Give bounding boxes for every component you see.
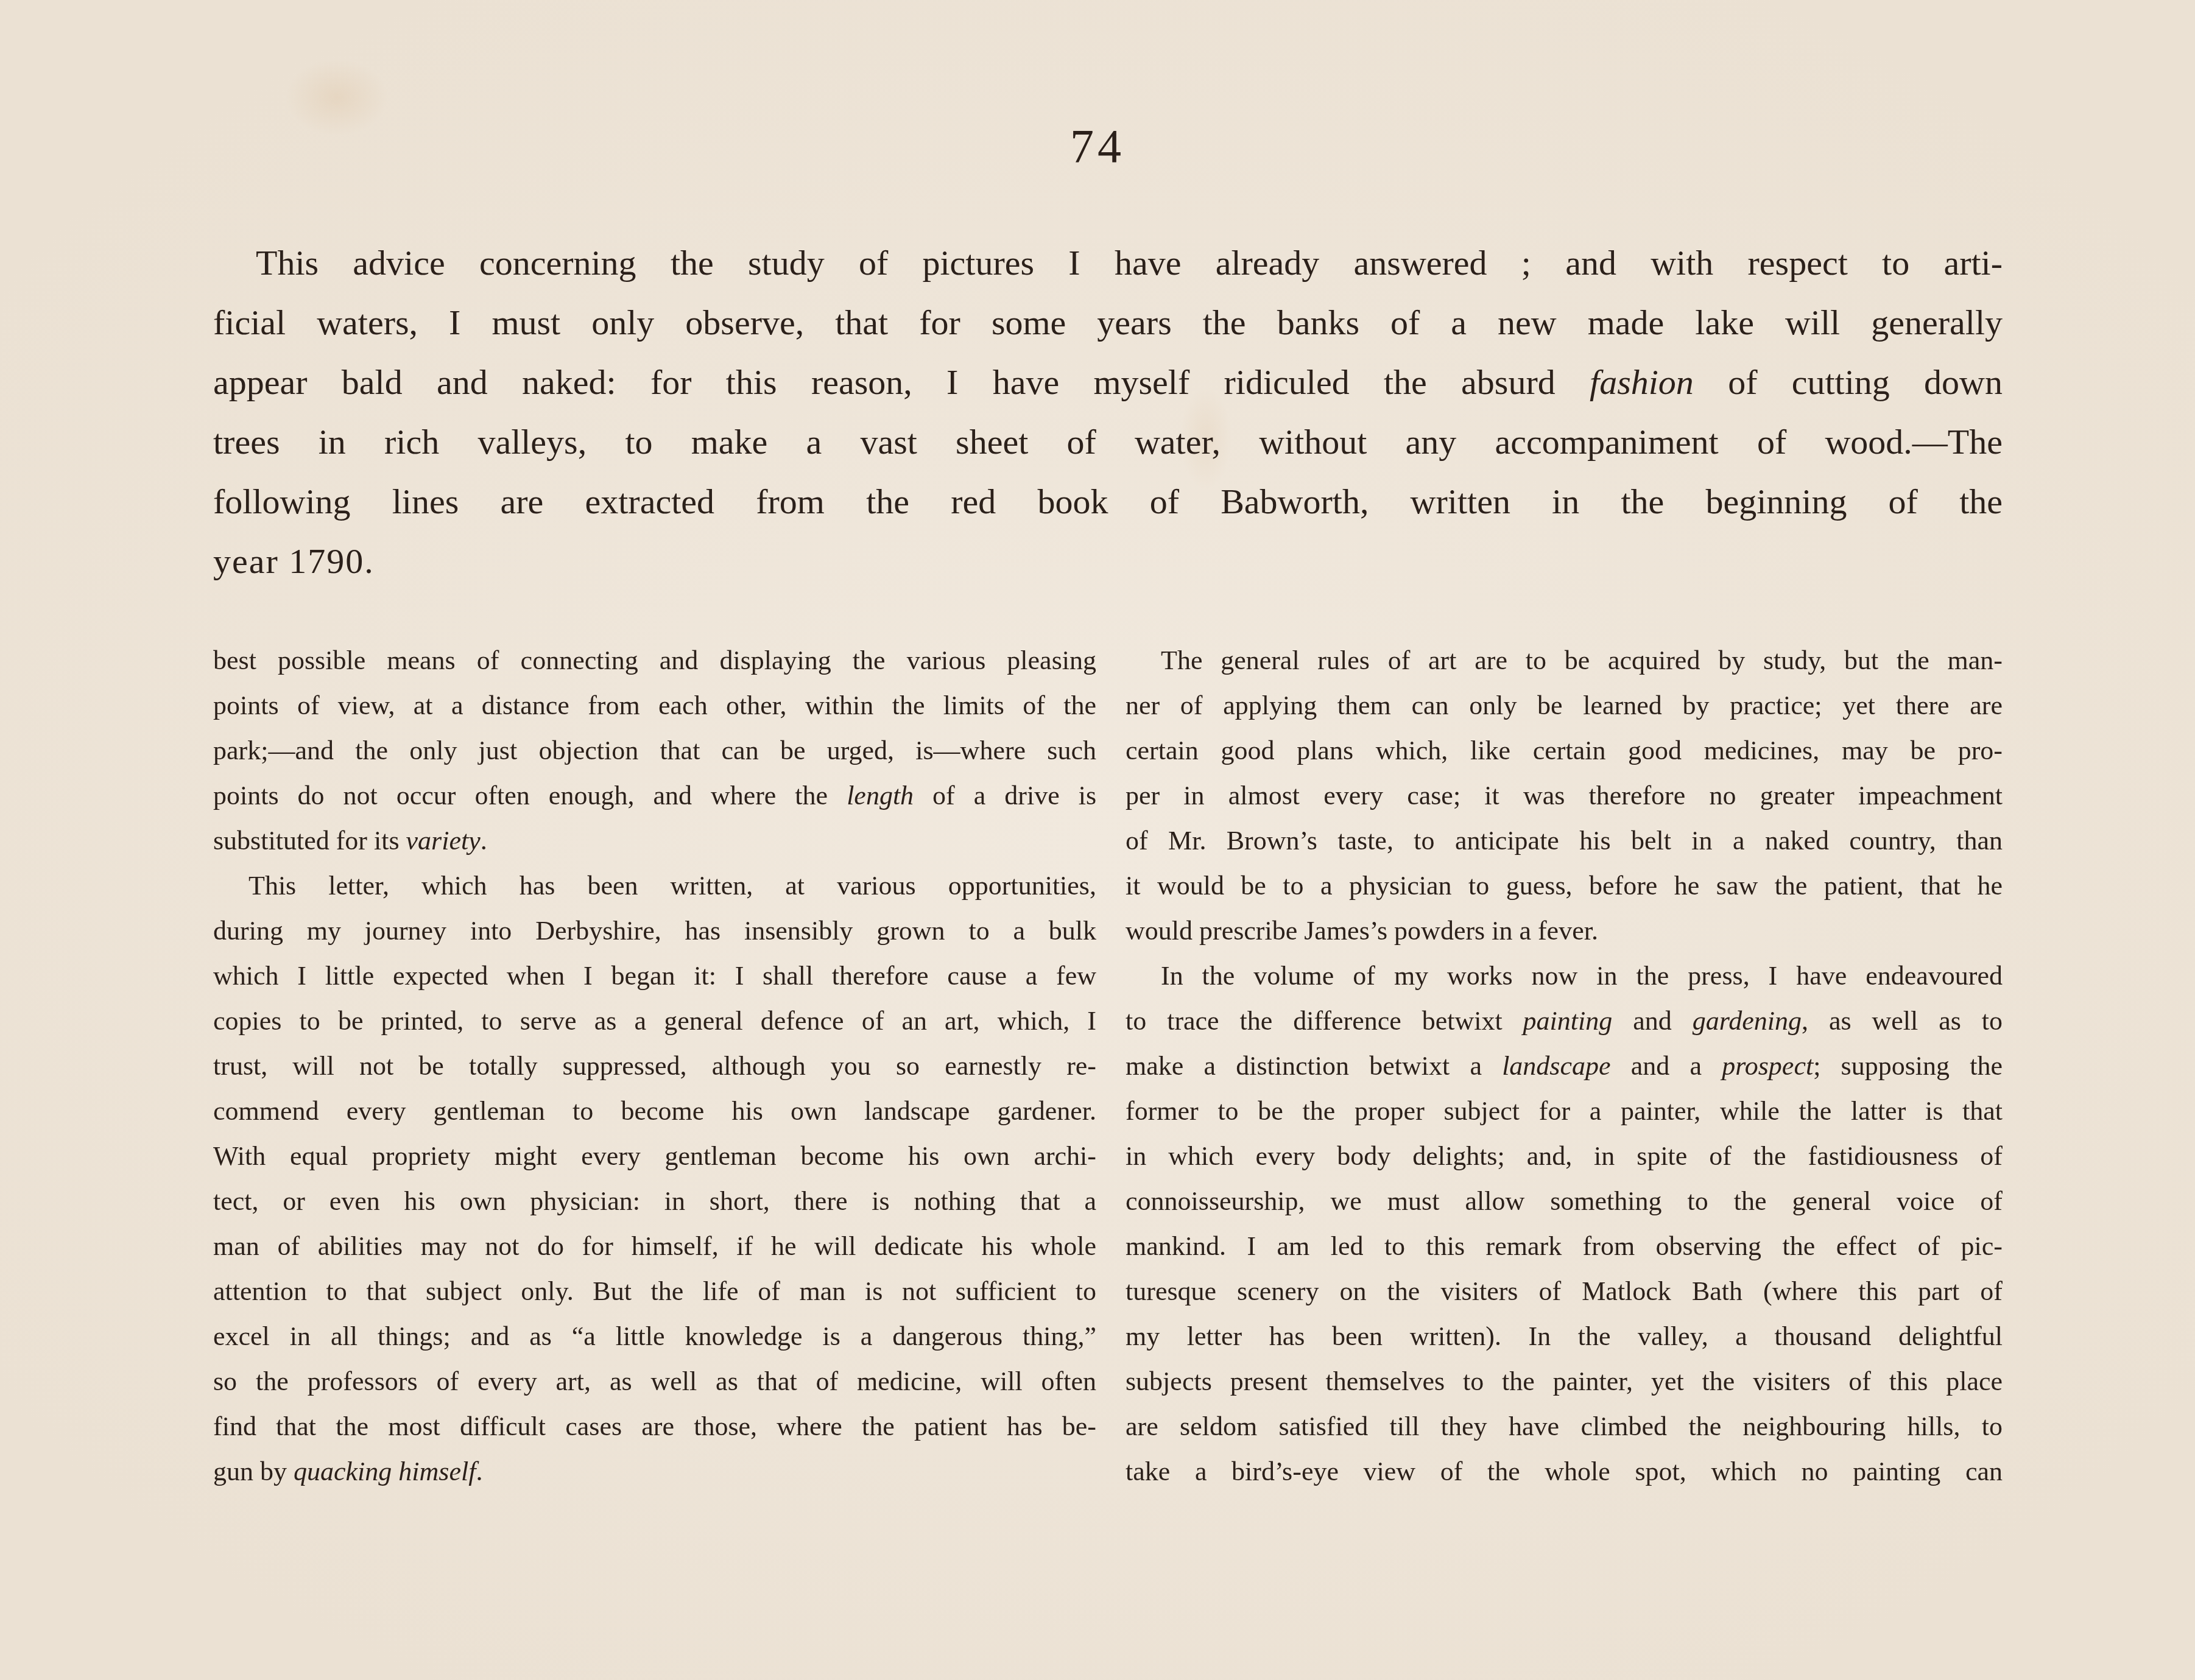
text-line: points of view, at a distance from each … (213, 683, 1096, 728)
text-line: tect, or even his own physician: in shor… (213, 1179, 1096, 1224)
text-line: This advice concerning the study of pict… (213, 233, 2003, 293)
text-line: during my journey into Derbyshire, has i… (213, 909, 1096, 954)
text-line: in which every body delights; and, in sp… (1126, 1134, 2003, 1179)
text-line: my letter has been written). In the vall… (1126, 1314, 2003, 1359)
italic-emphasis: quacking himself (294, 1457, 476, 1486)
text-line: ner of applying them can only be learned… (1126, 683, 2003, 728)
italic-emphasis: painting (1523, 1006, 1613, 1036)
text-line: connoisseurship, we must allow something… (1126, 1179, 2003, 1224)
text-line: find that the most difficult cases are t… (213, 1404, 1096, 1449)
text-line: turesque scenery on the visiters of Matl… (1126, 1269, 2003, 1314)
text-line: following lines are extracted from the r… (213, 472, 2003, 532)
italic-emphasis: length (847, 781, 914, 810)
text-line: which I little expected when I began it:… (213, 954, 1096, 999)
italic-emphasis: gardening (1693, 1006, 1802, 1036)
text-line: it would be to a physician to guess, bef… (1126, 863, 2003, 909)
italic-emphasis: landscape (1502, 1051, 1610, 1081)
text-line: This letter, which has been written, at … (213, 863, 1096, 909)
italic-emphasis: variety (406, 826, 481, 856)
text-line: In the volume of my works now in the pre… (1126, 954, 2003, 999)
text-line: attention to that subject only. But the … (213, 1269, 1096, 1314)
text-line: take a bird’s-eye view of the whole spot… (1126, 1449, 2003, 1494)
text-line: year 1790. (213, 532, 2003, 591)
text-line: With equal propriety might every gentlem… (213, 1134, 1096, 1179)
text-line: copies to be printed, to serve as a gene… (213, 999, 1096, 1044)
italic-emphasis: fashion (1590, 362, 1694, 402)
text-line: certain good plans which, like certain g… (1126, 728, 2003, 773)
text-line: would prescribe James’s powders in a fev… (1126, 909, 2003, 954)
text-line: best possible means of connecting and di… (213, 638, 1096, 683)
text-line: are seldom satisfied till they have clim… (1126, 1404, 2003, 1449)
text-line: trust, will not be totally suppressed, a… (213, 1044, 1096, 1089)
text-line: ficial waters, I must only observe, that… (213, 293, 2003, 353)
text-line: trees in rich valleys, to make a vast sh… (213, 412, 2003, 472)
text-line: park;—and the only just objection that c… (213, 728, 1096, 773)
text-line: so the professors of every art, as well … (213, 1359, 1096, 1404)
page-number: 74 (0, 119, 2195, 174)
text-line: The general rules of art are to be acqui… (1126, 638, 2003, 683)
text-line: subjects present themselves to the paint… (1126, 1359, 2003, 1404)
text-line: of Mr. Brown’s taste, to anticipate his … (1126, 818, 2003, 863)
text-line: mankind. I am led to this remark from ob… (1126, 1224, 2003, 1269)
text-line: per in almost every case; it was therefo… (1126, 773, 2003, 818)
intro-paragraph: This advice concerning the study of pict… (213, 233, 2003, 591)
right-column: The general rules of art are to be acqui… (1126, 638, 2003, 1494)
text-line: excel in all things; and as “a little kn… (213, 1314, 1096, 1359)
text-line: make a distinction betwixt a landscape a… (1126, 1044, 2003, 1089)
text-line: commend every gentleman to become his ow… (213, 1089, 1096, 1134)
text-line: appear bald and naked: for this reason, … (213, 353, 2003, 412)
text-line: man of abilities may not do for himself,… (213, 1224, 1096, 1269)
text-line: points do not occur often enough, and wh… (213, 773, 1096, 818)
text-line: former to be the proper subject for a pa… (1126, 1089, 2003, 1134)
italic-emphasis: prospect (1722, 1051, 1813, 1081)
text-line: substituted for its variety. (213, 818, 1096, 863)
text-line: gun by quacking himself. (213, 1449, 1096, 1494)
text-line: to trace the difference betwixt painting… (1126, 999, 2003, 1044)
left-column: best possible means of connecting and di… (213, 638, 1096, 1494)
